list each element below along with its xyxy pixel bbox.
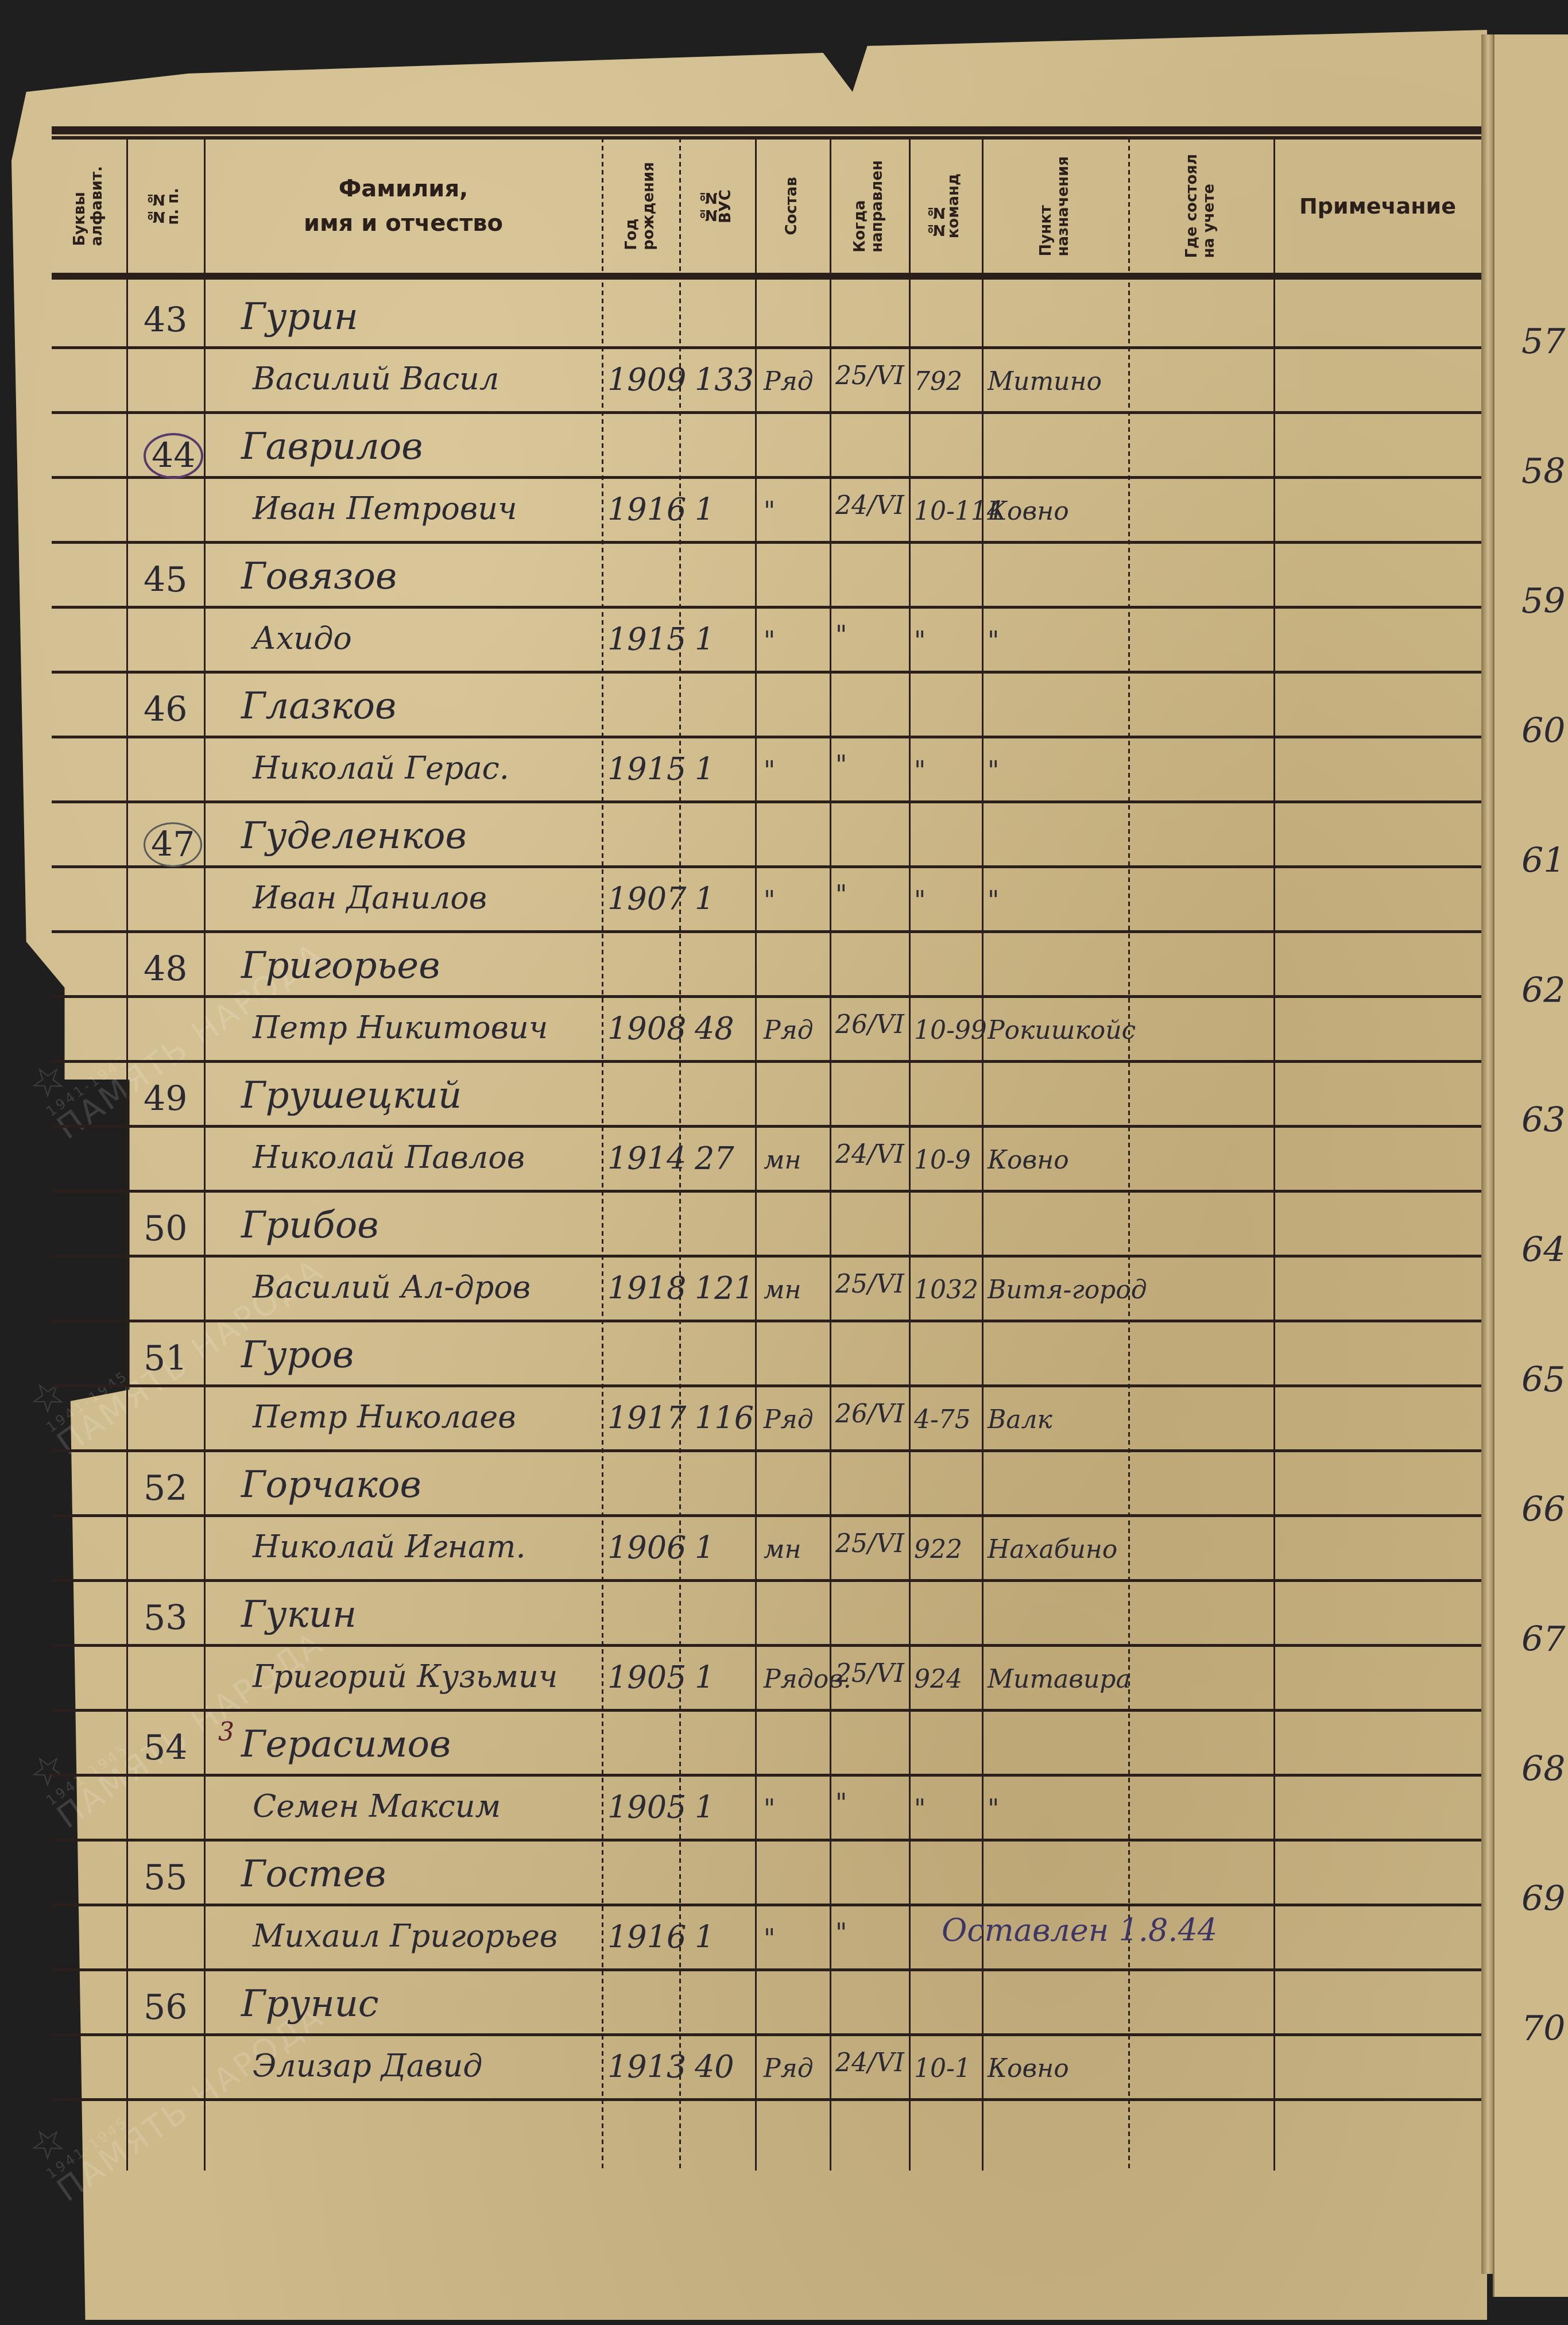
vus-number: 1 — [695, 884, 714, 915]
sent-date: 26/VI — [835, 1402, 904, 1427]
column-divider — [1273, 138, 1275, 2171]
destination: Ковно — [988, 2056, 1069, 2082]
birth-year: 1915 — [607, 754, 686, 785]
row-number: 51 — [144, 1341, 187, 1376]
given-patronymic: Петр Никитович — [253, 1012, 548, 1043]
header-full-name: Фамилия, имя и отчество — [207, 141, 600, 272]
row-divider — [52, 1449, 1481, 1452]
column-divider — [755, 138, 757, 2171]
vus-number: 133 — [695, 365, 754, 396]
row-number: 48 — [144, 952, 187, 987]
birth-year: 1916 — [607, 1922, 686, 1953]
surname: Гукин — [241, 1596, 357, 1633]
column-divider — [830, 138, 831, 2171]
destination: Митавира — [988, 1667, 1131, 1692]
team-number: " — [914, 759, 926, 784]
vus-number: 1 — [695, 1792, 714, 1823]
column-divider — [126, 138, 128, 2171]
row-number: 56 — [144, 1990, 187, 2025]
header-top-rule — [52, 126, 1481, 136]
sent-date: 24/VI — [835, 493, 904, 519]
row-number: 44 — [144, 433, 203, 479]
row-divider — [52, 606, 1481, 609]
birth-year: 1914 — [607, 1143, 686, 1174]
row-divider — [52, 736, 1481, 738]
adjacent-row-number: 60 — [1521, 711, 1565, 751]
given-patronymic: Василий Ал-дров — [253, 1272, 531, 1303]
row-divider — [52, 1904, 1481, 1906]
given-patronymic: Василий Васил — [253, 363, 499, 394]
sent-date: " — [835, 1921, 847, 1946]
vus-number: 1 — [695, 624, 714, 655]
row-number: 47 — [144, 822, 202, 867]
row-number: 46 — [144, 693, 187, 727]
surname: Грушецкий — [241, 1077, 462, 1114]
row-divider — [52, 1320, 1481, 1322]
surname: Гостев — [241, 1856, 386, 1893]
column-divider — [602, 138, 603, 2171]
composition: мн — [764, 1537, 801, 1562]
composition: Ряд — [764, 2056, 814, 2082]
destination: Митино — [988, 369, 1102, 394]
adjacent-row-number: 65 — [1521, 1360, 1565, 1400]
surname: Гуров — [241, 1337, 354, 1374]
margin-mark: 3 — [218, 1717, 234, 1747]
adjacent-row-number: 66 — [1521, 1490, 1565, 1530]
row-divider — [52, 671, 1481, 674]
row-divider — [52, 930, 1481, 933]
surname: Глазков — [241, 688, 396, 725]
header-sent-date: Когда направлен — [832, 141, 907, 272]
given-patronymic: Николай Герас. — [253, 753, 509, 784]
destination: " — [988, 759, 999, 784]
adjacent-row-number: 69 — [1521, 1879, 1565, 1919]
header-composition: Состав — [757, 141, 827, 272]
row-divider — [52, 1968, 1481, 1971]
surname: Герасимов — [241, 1726, 451, 1763]
vus-number: 48 — [695, 1013, 734, 1044]
team-number: " — [914, 629, 926, 654]
team-number: 792 — [914, 369, 962, 394]
given-patronymic: Петр Николаев — [253, 1402, 516, 1433]
row-number: 50 — [144, 1212, 187, 1246]
team-number: 1032 — [914, 1278, 978, 1303]
row-divider — [52, 865, 1481, 868]
composition: " — [764, 1926, 775, 1952]
vus-number: 1 — [695, 494, 714, 525]
destination: " — [988, 888, 999, 914]
row-divider — [52, 1060, 1481, 1063]
composition: " — [764, 1797, 775, 1822]
adjacent-row-number: 61 — [1521, 841, 1565, 881]
birth-year: 1915 — [607, 624, 686, 655]
row-number: 54 — [144, 1731, 187, 1765]
row-number: 49 — [144, 1082, 187, 1116]
composition: мн — [764, 1148, 801, 1173]
destination: Нахабино — [988, 1537, 1117, 1562]
composition: Ряд — [764, 369, 814, 394]
adjacent-row-number: 63 — [1521, 1100, 1565, 1140]
birth-year: 1908 — [607, 1013, 686, 1044]
birth-year: 1907 — [607, 884, 686, 915]
surname: Грунис — [241, 1986, 379, 2022]
given-patronymic: Элизар Давид — [253, 2051, 482, 2082]
row-divider — [52, 1774, 1481, 1777]
composition: " — [764, 759, 775, 784]
given-patronymic: Семен Максим — [253, 1791, 501, 1822]
birth-year: 1918 — [607, 1273, 686, 1304]
team-number: 924 — [914, 1667, 962, 1692]
surname: Гурин — [241, 299, 358, 335]
header-team-number: №№ команд — [911, 141, 980, 272]
sent-date: 25/VI — [835, 1661, 904, 1686]
row-divider — [52, 1125, 1481, 1128]
row-divider — [52, 1839, 1481, 1842]
column-divider — [204, 138, 206, 2171]
team-number: " — [914, 1797, 926, 1822]
sent-date: " — [835, 883, 847, 908]
adjacent-page-edge — [1493, 34, 1568, 2297]
row-number: 52 — [144, 1471, 187, 1506]
surname: Гуделенков — [241, 818, 467, 854]
column-divider — [1128, 138, 1130, 2171]
row-number: 45 — [144, 563, 187, 597]
given-patronymic: Григорий Кузьмич — [253, 1661, 557, 1692]
composition: " — [764, 499, 775, 524]
adjacent-row-number: 59 — [1521, 581, 1565, 621]
destination: " — [988, 629, 999, 654]
birth-year: 1906 — [607, 1533, 686, 1564]
sent-date: 24/VI — [835, 1142, 904, 1167]
row-number: 43 — [144, 303, 187, 338]
row-divider — [52, 1190, 1481, 1193]
row-divider — [52, 346, 1481, 349]
composition: Ряд — [764, 1018, 814, 1043]
given-patronymic: Иван Петрович — [253, 493, 517, 524]
adjacent-row-number: 68 — [1521, 1749, 1565, 1789]
given-patronymic: Иван Данилов — [253, 883, 487, 914]
vus-number: 40 — [695, 2052, 734, 2083]
sent-date: " — [835, 623, 847, 648]
column-divider — [909, 138, 911, 2171]
vus-number: 1 — [695, 754, 714, 785]
sent-date: " — [835, 1791, 847, 1816]
surname: Гаврилов — [241, 428, 423, 465]
row-divider — [52, 1514, 1481, 1517]
surname: Грибов — [241, 1207, 378, 1244]
birth-year: 1917 — [607, 1403, 686, 1434]
team-number: 922 — [914, 1537, 962, 1562]
birth-year: 1905 — [607, 1792, 686, 1823]
row-number: 53 — [144, 1601, 187, 1635]
row-divider — [52, 1384, 1481, 1387]
row-number: 55 — [144, 1860, 187, 1895]
row-divider — [52, 2098, 1481, 2101]
header-bottom-rule — [52, 273, 1481, 280]
adjacent-row-number: 64 — [1521, 1230, 1565, 1270]
header-destination: Пункт назначения — [984, 141, 1126, 272]
adjacent-row-number: 67 — [1521, 1619, 1565, 1659]
birth-year: 1913 — [607, 2052, 686, 2083]
row-divider — [52, 2033, 1481, 2036]
destination: Ковно — [988, 499, 1069, 524]
given-patronymic: Николай Игнат. — [253, 1531, 526, 1562]
vus-number: 27 — [695, 1143, 734, 1174]
adjacent-row-number: 62 — [1521, 970, 1565, 1011]
vus-number: 1 — [695, 1922, 714, 1953]
row-divider — [52, 1644, 1481, 1647]
sent-date: " — [835, 753, 847, 778]
composition: Ряд — [764, 1407, 814, 1433]
adjacent-row-number: 70 — [1521, 2009, 1565, 2049]
destination: " — [988, 1797, 999, 1822]
header-number: №№ п. п. — [129, 141, 201, 272]
given-patronymic: Михаил Григорьев — [253, 1921, 557, 1952]
sent-date: 25/VI — [835, 1531, 904, 1557]
adjacent-row-number: 58 — [1521, 451, 1565, 492]
sent-date: 24/VI — [835, 2051, 904, 2076]
vus-number: 1 — [695, 1662, 714, 1693]
composition: " — [764, 629, 775, 654]
destination: Рокишкойс — [988, 1018, 1136, 1043]
destination: Валк — [988, 1407, 1052, 1433]
header-birth-year: Год рождения — [604, 141, 677, 272]
given-patronymic: Николай Павлов — [253, 1142, 525, 1173]
surname: Горчаков — [241, 1467, 421, 1503]
team-number: 10-1 — [914, 2056, 971, 2082]
surname: Говязов — [241, 558, 397, 595]
column-divider — [982, 138, 984, 2171]
row-divider — [52, 1579, 1481, 1582]
birth-year: 1916 — [607, 494, 686, 525]
row-divider — [52, 995, 1481, 998]
birth-year: 1905 — [607, 1662, 686, 1693]
vus-number: 116 — [695, 1403, 754, 1434]
header-registered-at: Где состоял на учете — [1130, 141, 1272, 272]
team-number: 10-9 — [914, 1148, 971, 1173]
surname: Григорьев — [241, 947, 440, 984]
vus-number: 1 — [695, 1533, 714, 1564]
row-divider — [52, 800, 1481, 803]
birth-year: 1909 — [607, 365, 686, 396]
sent-date: 25/VI — [835, 1272, 904, 1297]
sent-date: 25/VI — [835, 363, 904, 389]
row-divider — [52, 1709, 1481, 1712]
composition: мн — [764, 1278, 801, 1303]
adjacent-row-number: 57 — [1521, 322, 1565, 362]
destination: Ковно — [988, 1148, 1069, 1173]
team-number: 10-99 — [914, 1018, 987, 1043]
given-patronymic: Ахидо — [253, 623, 352, 654]
row-divider — [52, 1255, 1481, 1258]
vus-number: 121 — [695, 1273, 754, 1304]
composition: " — [764, 888, 775, 914]
row-divider — [52, 476, 1481, 479]
sent-date: 26/VI — [835, 1012, 904, 1038]
team-number: " — [914, 888, 926, 914]
header-notes: Примечание — [1276, 141, 1480, 272]
team-number: 4-75 — [914, 1407, 971, 1433]
note: Оставлен 1.8.44 — [942, 1915, 1217, 1946]
destination: Витя-город — [988, 1278, 1147, 1303]
header-letters: Буквы алфавит. — [55, 141, 123, 272]
header-vus: №№ ВУС — [682, 141, 753, 272]
row-divider — [52, 541, 1481, 544]
row-divider — [52, 411, 1481, 414]
